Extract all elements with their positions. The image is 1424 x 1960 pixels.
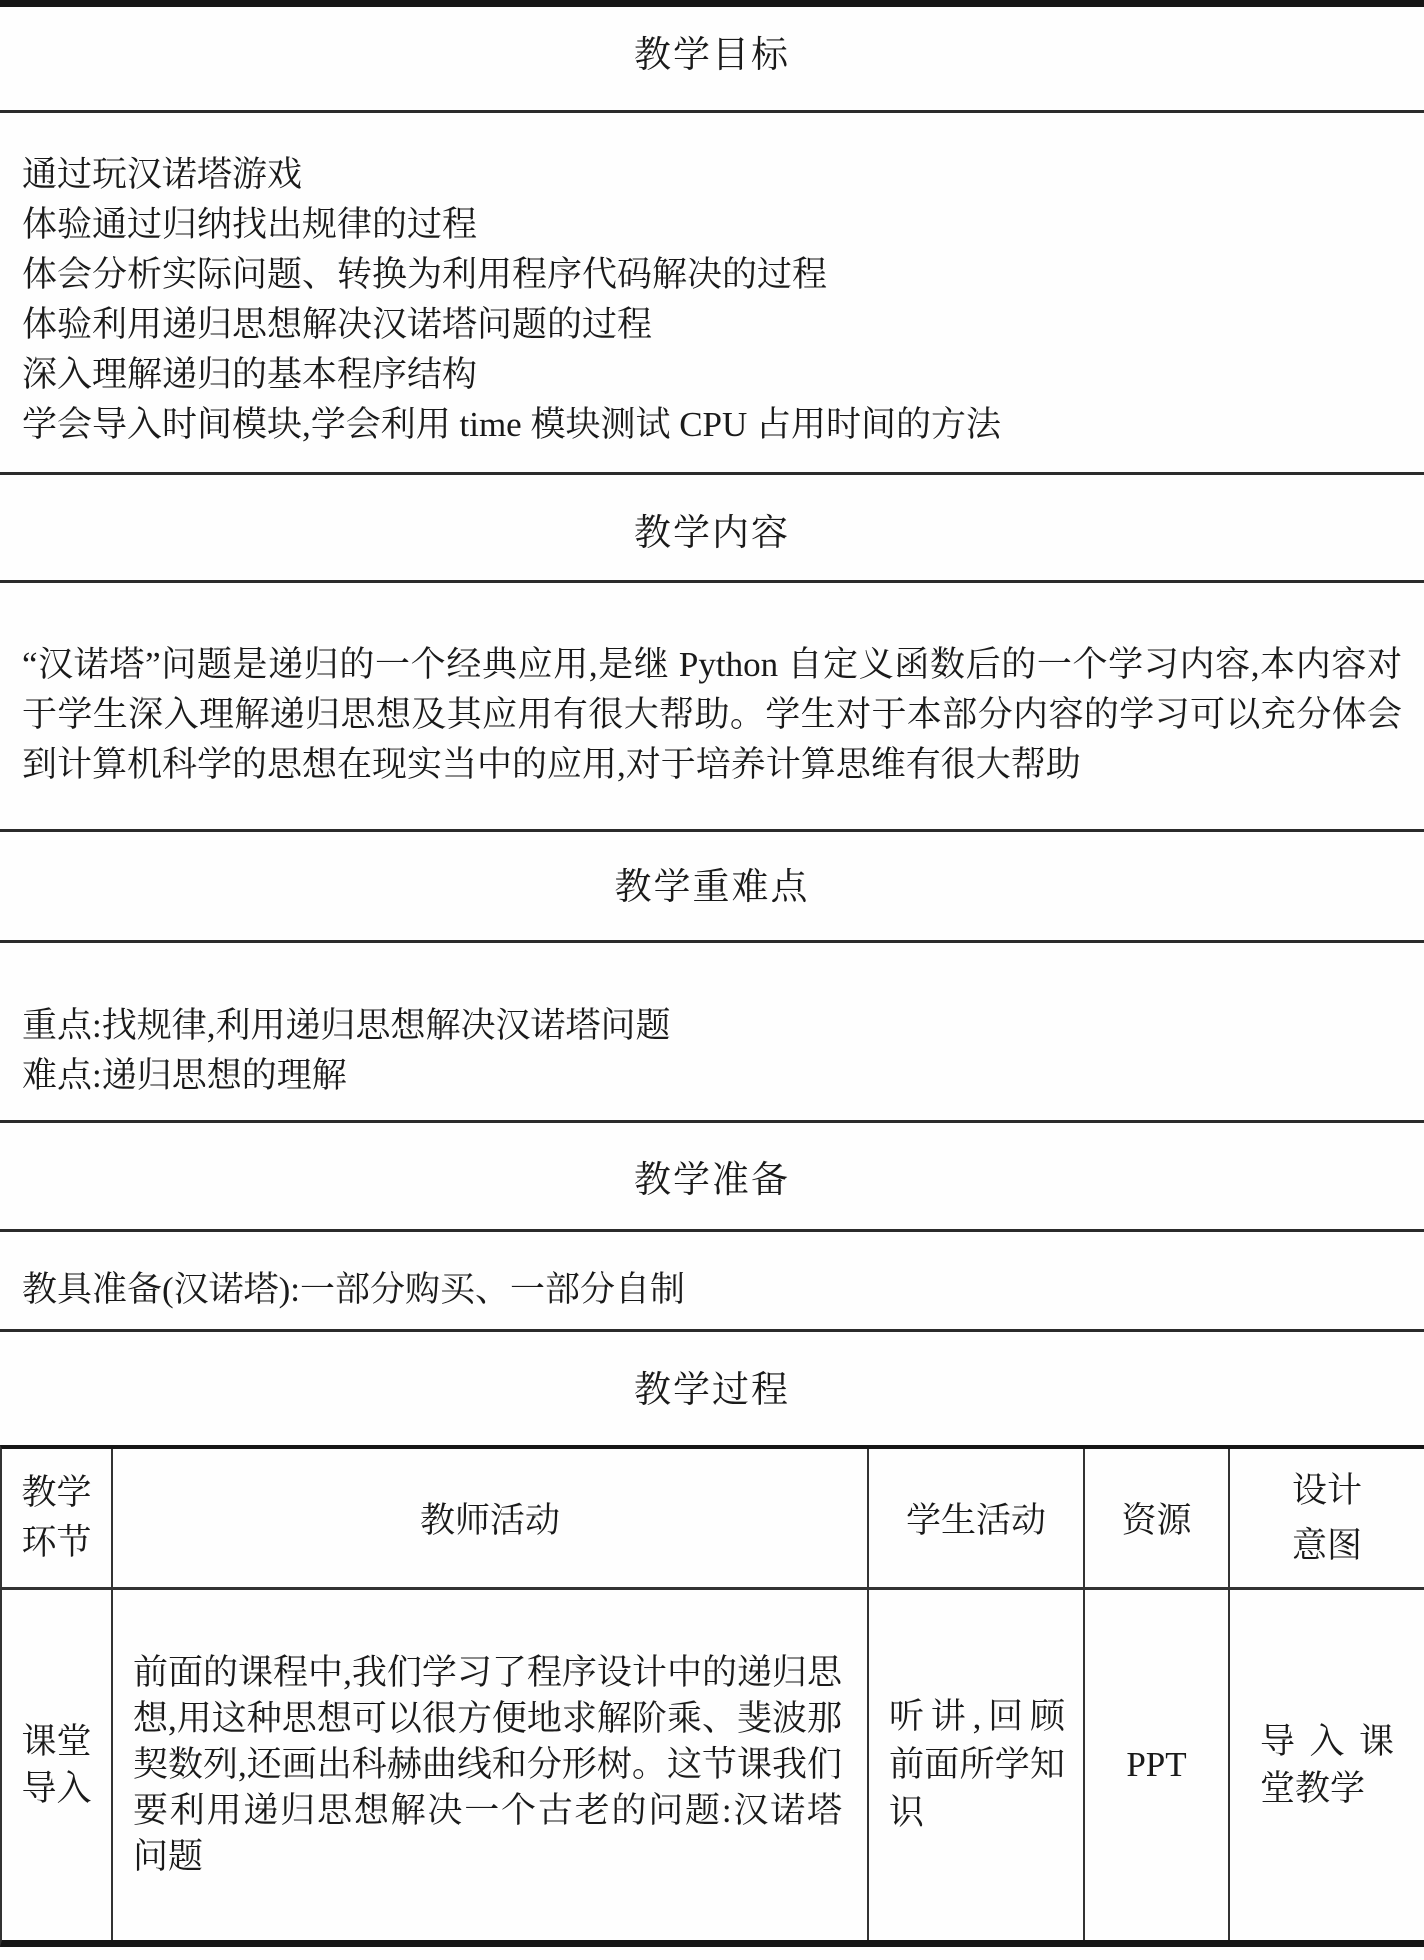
lesson-plan-page: 教学目标 通过玩汉诺塔游戏 体验通过归纳找出规律的过程 体会分析实际问题、转换为… <box>0 0 1424 1960</box>
section-title-objectives: 教学目标 <box>0 37 1424 74</box>
divider <box>0 472 1424 475</box>
key-point-line: 重点:找规律,利用递归思想解决汉诺塔问题 <box>22 1001 1402 1051</box>
preparation-line: 教具准备(汉诺塔):一部分购买、一部分自制 <box>0 1265 1424 1315</box>
stage-label: 课堂导入 <box>21 1718 93 1812</box>
table-header-resource: 资源 <box>1085 1449 1230 1590</box>
table-header-label: 学生活动 <box>906 1493 1046 1543</box>
objectives-list: 通过玩汉诺塔游戏 体验通过归纳找出规律的过程 体会分析实际问题、转换为利用程序代… <box>0 150 1424 450</box>
table-cell-resource: PPT <box>1085 1590 1230 1940</box>
divider <box>0 829 1424 832</box>
teacher-activity-text: 前面的课程中,我们学习了程序设计中的递归思想,用这种思想可以很方便地求解阶乘、斐… <box>133 1650 842 1880</box>
objective-line: 通过玩汉诺塔游戏 <box>22 150 1402 200</box>
key-points-list: 重点:找规律,利用递归思想解决汉诺塔问题 难点:递归思想的理解 <box>0 1001 1424 1101</box>
divider <box>0 1329 1424 1332</box>
table-cell-design-intent: 导入课堂教学 <box>1230 1590 1424 1940</box>
table-header-label: 教师活动 <box>420 1493 560 1543</box>
section-title-content: 教学内容 <box>0 515 1424 552</box>
section-title-process: 教学过程 <box>0 1372 1424 1409</box>
objective-line: 体验通过归纳找出规律的过程 <box>22 200 1402 250</box>
table-cell-teacher-activity: 前面的课程中,我们学习了程序设计中的递归思想,用这种思想可以很方便地求解阶乘、斐… <box>113 1590 869 1940</box>
student-activity-text: 听讲,回顾前面所学知识 <box>889 1693 1065 1837</box>
objective-line: 体验利用递归思想解决汉诺塔问题的过程 <box>22 300 1402 350</box>
table-header-design-intent: 设计意图 <box>1230 1449 1424 1590</box>
objective-line: 深入理解递归的基本程序结构 <box>22 350 1402 400</box>
content-paragraph: “汉诺塔”问题是递归的一个经典应用,是继 Python 自定义函数后的一个学习内… <box>0 640 1424 790</box>
objective-line: 学会导入时间模块,学会利用 time 模块测试 CPU 占用时间的方法 <box>22 400 1402 450</box>
objective-line: 体会分析实际问题、转换为利用程序代码解决的过程 <box>22 250 1402 300</box>
section-title-key-points: 教学重难点 <box>0 869 1424 906</box>
resource-text: PPT <box>1126 1745 1186 1785</box>
table-header-label: 教学环节 <box>20 1468 94 1568</box>
design-intent-text: 导入课堂教学 <box>1260 1718 1394 1812</box>
table-header-student-activity: 学生活动 <box>869 1449 1085 1590</box>
table-header-stage: 教学环节 <box>2 1449 113 1590</box>
divider <box>0 940 1424 943</box>
table-cell-stage: 课堂导入 <box>2 1590 113 1940</box>
table-header-teacher-activity: 教师活动 <box>113 1449 869 1590</box>
page-top-border <box>0 0 1424 7</box>
divider <box>0 580 1424 583</box>
table-header-label: 设计意图 <box>1288 1463 1366 1573</box>
divider <box>0 1120 1424 1123</box>
table-header-label: 资源 <box>1121 1493 1191 1543</box>
divider <box>0 1229 1424 1232</box>
table-cell-student-activity: 听讲,回顾前面所学知识 <box>869 1590 1085 1940</box>
divider <box>0 110 1424 113</box>
difficult-point-line: 难点:递归思想的理解 <box>22 1051 1402 1101</box>
process-table: 教学环节 教师活动 学生活动 资源 设计意图 课堂导入 前面的课程中,我们学习了… <box>0 1445 1424 1947</box>
section-title-preparation: 教学准备 <box>0 1162 1424 1199</box>
